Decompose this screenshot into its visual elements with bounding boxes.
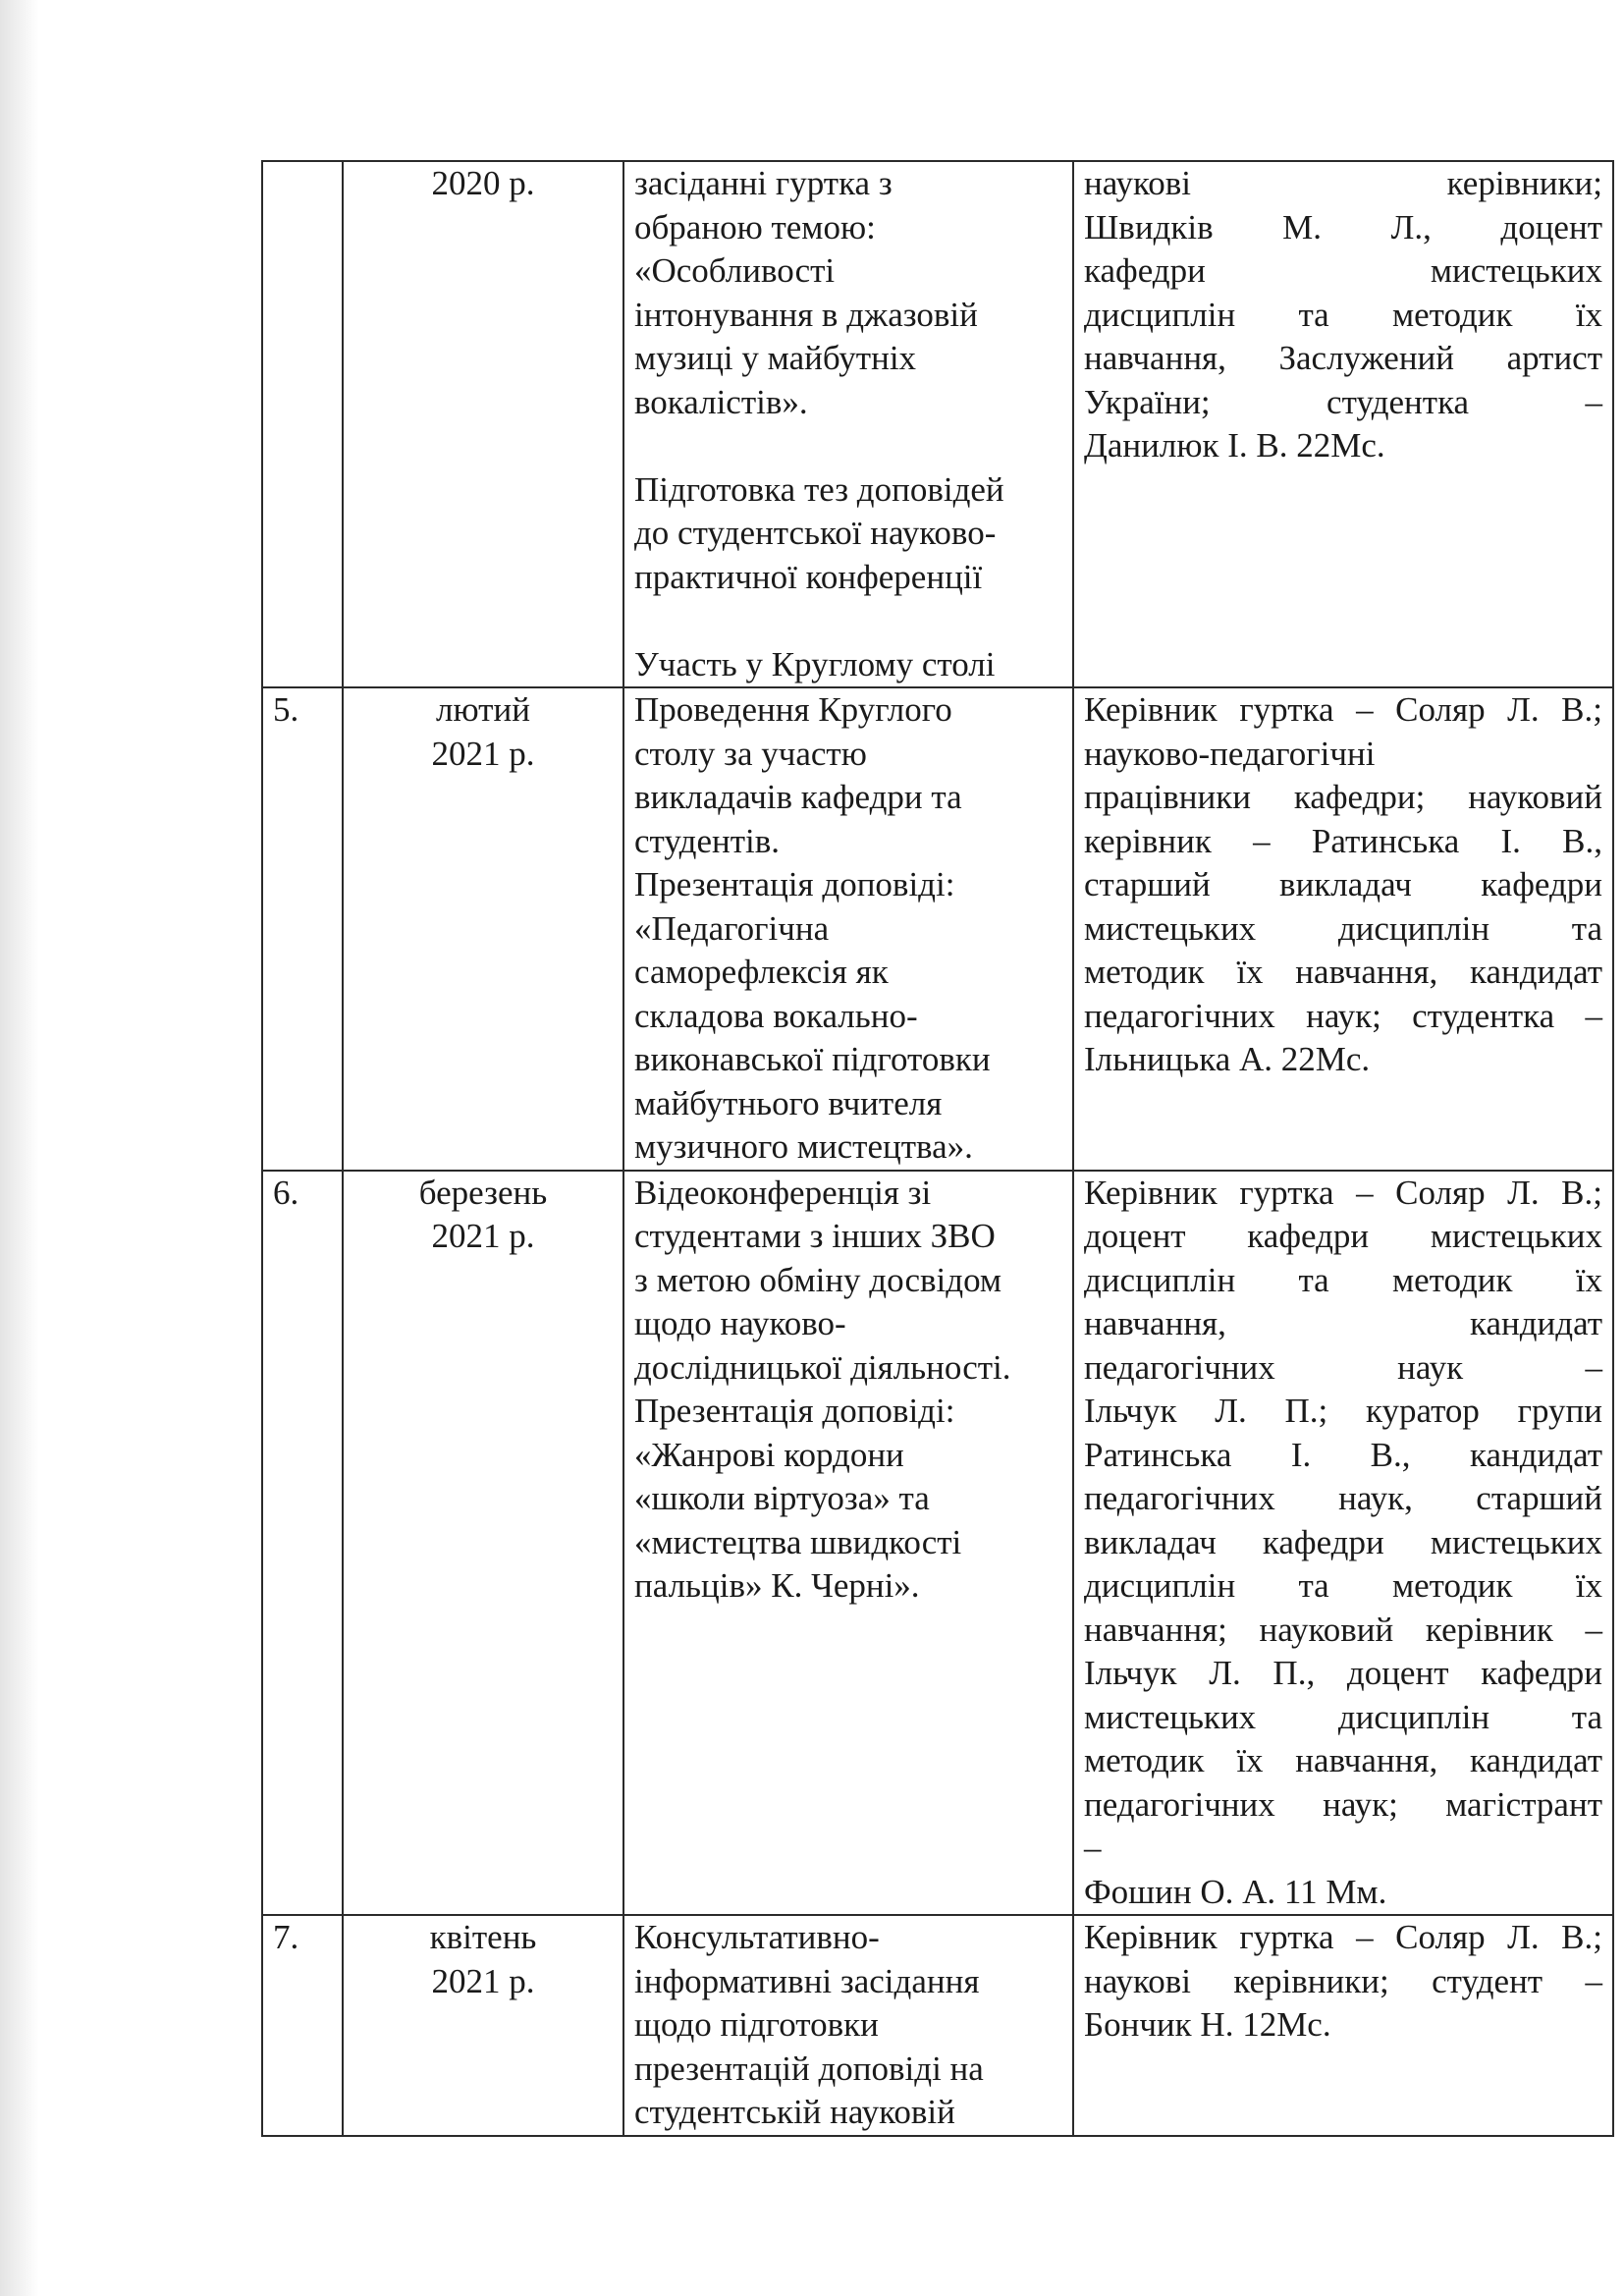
text-line: Підготовка тез доповідей [634, 468, 1062, 513]
text-line: науково-педагогічні [1084, 733, 1602, 777]
text-line: Ільчук Л. П., доцент кафедри [1084, 1652, 1602, 1696]
text-line: Відеоконференція зі [634, 1172, 1062, 1216]
text-line: студентській науковій [634, 2091, 1062, 2135]
text-line: Керівник гуртка – Соляр Л. В.; [1084, 1916, 1602, 1960]
text-line [634, 424, 1062, 468]
text-line: саморефлексія як [634, 951, 1062, 995]
row-number [262, 161, 343, 687]
row-number: 7. [262, 1915, 343, 2136]
text-line: викладач кафедри мистецьких [1084, 1521, 1602, 1565]
text-line: щодо підготовки [634, 2003, 1062, 2048]
text-line: музиці у майбутніх [634, 337, 1062, 381]
row-date: квітень2021 р. [343, 1915, 623, 2136]
table-row: 5. лютий2021 р. Проведення Круглогостолу… [262, 687, 1613, 1171]
text-line: березень [353, 1172, 613, 1216]
text-line: дисциплін та методик їх [1084, 1259, 1602, 1303]
text-line: майбутнього вчителя [634, 1082, 1062, 1126]
row-date: 2020 р. [343, 161, 623, 687]
text-line: обраною темою: [634, 206, 1062, 250]
text-line: студентів. [634, 820, 1062, 864]
row-responsible: Керівник гуртка – Соляр Л. В.;доцент каф… [1073, 1171, 1613, 1916]
text-line: пальців» К. Черні». [634, 1564, 1062, 1609]
text-line: Консультативно- [634, 1916, 1062, 1960]
row-activity: засіданні гуртка зобраною темою:«Особлив… [623, 161, 1073, 687]
text-line: столу за участю [634, 733, 1062, 777]
text-line: засіданні гуртка з [634, 162, 1062, 206]
text-line [634, 599, 1062, 643]
text-line: «мистецтва швидкості [634, 1521, 1062, 1565]
text-line: Презентація доповіді: [634, 1390, 1062, 1434]
text-line: 2020 р. [353, 162, 613, 206]
text-line: інформативні засідання [634, 1960, 1062, 2004]
text-line: керівник – Ратинська І. В., [1084, 820, 1602, 864]
text-line: дисциплін та методик їх [1084, 294, 1602, 338]
text-line: Фошин О. А. 11 Мм. [1084, 1871, 1602, 1915]
text-line: навчання, кандидат [1084, 1302, 1602, 1346]
text-line: Керівник гуртка – Соляр Л. В.; [1084, 688, 1602, 733]
text-line: методик їх навчання, кандидат [1084, 1739, 1602, 1783]
text-line: Презентація доповіді: [634, 863, 1062, 907]
text-line: вокалістів». [634, 381, 1062, 425]
activity-plan-table: 2020 р. засіданні гуртка зобраною темою:… [261, 160, 1614, 2137]
text-line: 2021 р. [353, 1215, 613, 1259]
row-date: березень2021 р. [343, 1171, 623, 1916]
text-line: з метою обміну досвідом [634, 1259, 1062, 1303]
text-line: квітень [353, 1916, 613, 1960]
text-line: до студентської науково- [634, 512, 1062, 556]
row-activity: Відеоконференція зістудентами з інших ЗВ… [623, 1171, 1073, 1916]
text-line: 2021 р. [353, 733, 613, 777]
text-line: «Педагогічна [634, 907, 1062, 952]
text-line: «Особливості [634, 249, 1062, 294]
row-activity: Проведення Круглогостолу за участювиклад… [623, 687, 1073, 1171]
text-line: педагогічних наук; студентка – [1084, 995, 1602, 1039]
text-line: методик їх навчання, кандидат [1084, 951, 1602, 995]
text-line: Ільницька А. 22Мс. [1084, 1038, 1602, 1082]
text-line: – [1084, 1827, 1602, 1871]
text-line: Проведення Круглого [634, 688, 1062, 733]
text-line: педагогічних наук; магістрант [1084, 1783, 1602, 1828]
text-line: Швидків М. Л., доцент [1084, 206, 1602, 250]
row-activity: Консультативно-інформативні засіданнящод… [623, 1915, 1073, 2136]
text-line: навчання, Заслужений артист [1084, 337, 1602, 381]
row-responsible: Керівник гуртка – Соляр Л. В.;науково-пе… [1073, 687, 1613, 1171]
text-line: складова вокально- [634, 995, 1062, 1039]
text-line: мистецьких дисциплін та [1084, 907, 1602, 952]
row-number: 5. [262, 687, 343, 1171]
text-line: Ільчук Л. П.; куратор групи [1084, 1390, 1602, 1434]
row-responsible: наукові керівники;Швидків М. Л., доцентк… [1073, 161, 1613, 687]
text-line: інтонування в джазовій [634, 294, 1062, 338]
text-line: наукові керівники; студент – [1084, 1960, 1602, 2004]
text-line: навчання; науковий керівник – [1084, 1609, 1602, 1653]
text-line: музичного мистецтва». [634, 1125, 1062, 1170]
text-line: Бончик Н. 12Мс. [1084, 2003, 1602, 2048]
text-line: дисциплін та методик їх [1084, 1564, 1602, 1609]
text-line: лютий [353, 688, 613, 733]
row-responsible: Керівник гуртка – Соляр Л. В.;наукові ке… [1073, 1915, 1613, 2136]
text-line: доцент кафедри мистецьких [1084, 1215, 1602, 1259]
text-line: виконавської підготовки [634, 1038, 1062, 1082]
scan-edge-shadow [0, 0, 39, 2296]
text-line: України; студентка – [1084, 381, 1602, 425]
table-row: 6. березень2021 р. Відеоконференція зіст… [262, 1171, 1613, 1916]
text-line: практичної конференції [634, 556, 1062, 600]
text-line: педагогічних наук – [1084, 1346, 1602, 1391]
row-date: лютий2021 р. [343, 687, 623, 1171]
text-line: Керівник гуртка – Соляр Л. В.; [1084, 1172, 1602, 1216]
text-line: дослідницької діяльності. [634, 1346, 1062, 1391]
text-line: кафедри мистецьких [1084, 249, 1602, 294]
text-line: мистецьких дисциплін та [1084, 1696, 1602, 1740]
text-line: презентацій доповіді на [634, 2048, 1062, 2092]
row-number: 6. [262, 1171, 343, 1916]
text-line: «Жанрові кордони [634, 1434, 1062, 1478]
text-line: «школи віртуоза» та [634, 1477, 1062, 1521]
text-line: щодо науково- [634, 1302, 1062, 1346]
text-line: Данилюк І. В. 22Мс. [1084, 424, 1602, 468]
text-line: Ратинська І. В., кандидат [1084, 1434, 1602, 1478]
text-line: старший викладач кафедри [1084, 863, 1602, 907]
text-line: 2021 р. [353, 1960, 613, 2004]
text-line: студентами з інших ЗВО [634, 1215, 1062, 1259]
table-row: 7. квітень2021 р. Консультативно-інформа… [262, 1915, 1613, 2136]
text-line: педагогічних наук, старший [1084, 1477, 1602, 1521]
text-line: Участь у Круглому столі [634, 643, 1062, 687]
text-line: працівники кафедри; науковий [1084, 776, 1602, 820]
text-line: викладачів кафедри та [634, 776, 1062, 820]
table-row: 2020 р. засіданні гуртка зобраною темою:… [262, 161, 1613, 687]
text-line: наукові керівники; [1084, 162, 1602, 206]
